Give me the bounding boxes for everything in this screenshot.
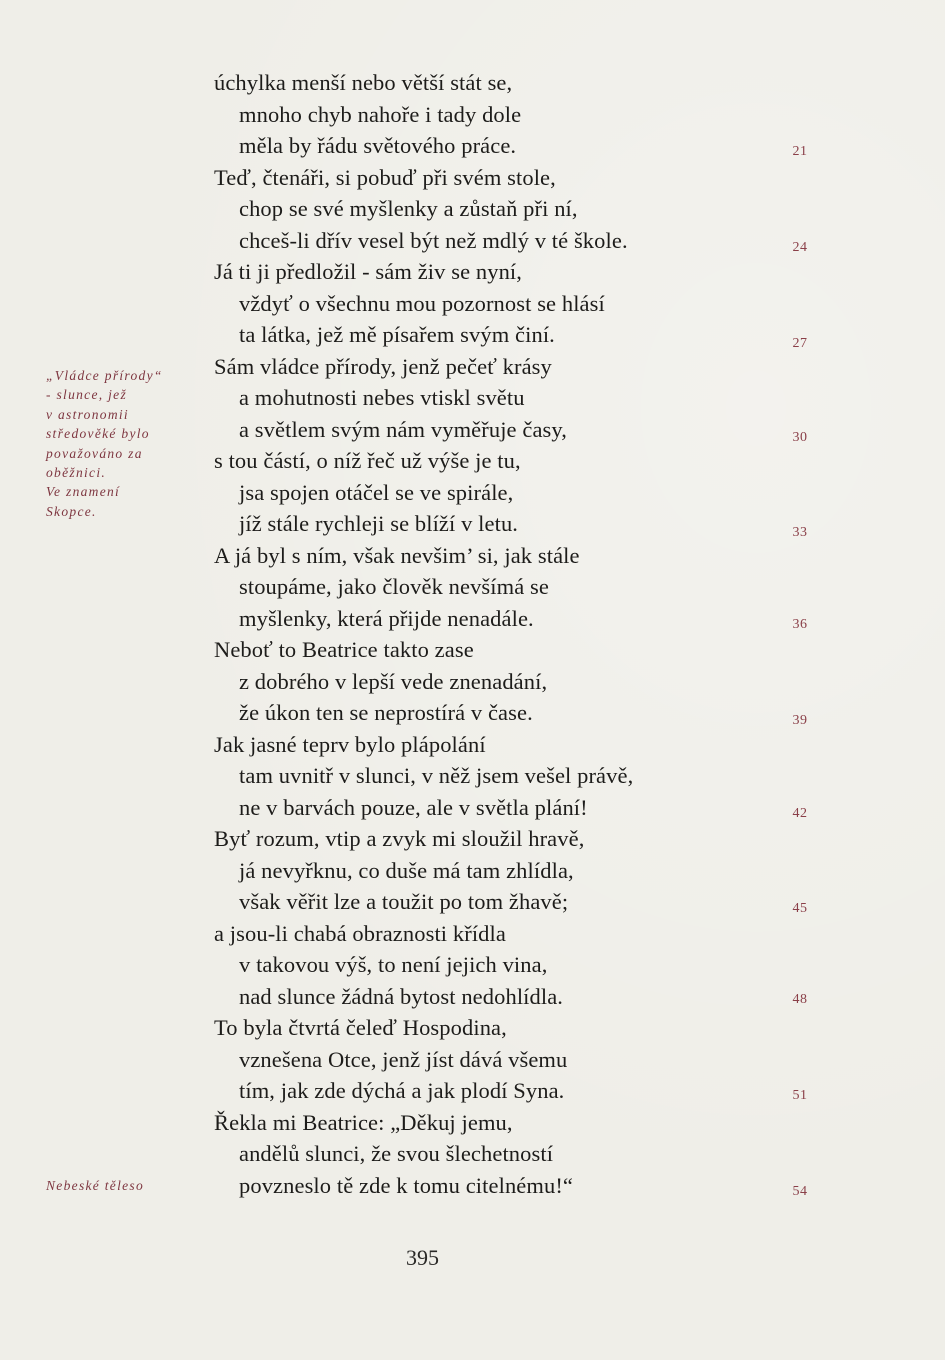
verse-line: mnoho chyb nahoře i tady dole	[239, 99, 521, 131]
verse-line: nad slunce žádná bytost nedohlídla.	[239, 981, 563, 1013]
verse-line: úchylka menší nebo větší stát se,	[214, 67, 512, 99]
line-number: 54	[780, 1184, 820, 1200]
verse-line: a mohutnosti nebes vtiskl světu	[239, 382, 525, 414]
margin-note-line: „Vládce přírody“	[46, 366, 163, 385]
margin-note-line: považováno za	[46, 444, 163, 463]
line-number: 39	[780, 713, 820, 729]
verse-line: Byť rozum, vtip a zvyk mi sloužil hravě,	[214, 823, 584, 855]
margin-note-line: - slunce, jež	[46, 385, 163, 404]
margin-note-line: v astronomii	[46, 405, 163, 424]
line-number: 45	[780, 901, 820, 917]
verse-line: stoupáme, jako člověk nevšímá se	[239, 571, 549, 603]
margin-note-line: Skopce.	[46, 502, 163, 521]
margin-note-sun: „Vládce přírody“ - slunce, jež v astrono…	[46, 366, 163, 521]
line-number: 42	[780, 806, 820, 822]
verse-line: já nevyřknu, co duše má tam zhlídla,	[239, 855, 574, 887]
margin-note-line: středověké bylo	[46, 424, 163, 443]
verse-line: Jak jasné teprv bylo plápolání	[214, 729, 486, 761]
verse-line: vždyť o všechnu mou pozornost se hlásí	[239, 288, 605, 320]
line-number: 51	[780, 1088, 820, 1104]
verse-line: chceš-li dřív vesel být než mdlý v té šk…	[239, 225, 628, 257]
verse-line: že úkon ten se neprostírá v čase.	[239, 697, 533, 729]
verse-line: v takovou výš, to není jejich vina,	[239, 949, 547, 981]
verse-line: z dobrého v lepší vede znenadání,	[239, 666, 547, 698]
verse-line: To byla čtvrtá čeleď Hospodina,	[214, 1012, 507, 1044]
line-number: 27	[780, 336, 820, 352]
margin-note-celestial-body: Nebeské těleso	[46, 1176, 144, 1195]
book-page: úchylka menší nebo větší stát se, mnoho …	[0, 0, 945, 1360]
line-number: 33	[780, 525, 820, 541]
verse-line: povzneslo tě zde k tomu citelnému!“	[239, 1170, 573, 1202]
verse-line: andělů slunci, že svou šlechetností	[239, 1138, 553, 1170]
verse-line: myšlenky, která přijde nenadále.	[239, 603, 534, 635]
verse-line: chop se své myšlenky a zůstaň při ní,	[239, 193, 578, 225]
verse-line: jsa spojen otáčel se ve spirále,	[239, 477, 513, 509]
verse-line: A já byl s ním, však nevšim’ si, jak stá…	[214, 540, 580, 572]
line-number: 30	[780, 430, 820, 446]
verse-line: Neboť to Beatrice takto zase	[214, 634, 474, 666]
verse-line: Teď, čtenáři, si pobuď při svém stole,	[214, 162, 556, 194]
verse-line: tím, jak zde dýchá a jak plodí Syna.	[239, 1075, 564, 1107]
verse-line: a světlem svým nám vyměřuje časy,	[239, 414, 567, 446]
line-number: 24	[780, 240, 820, 256]
verse-line: vznešena Otce, jenž jíst dává všemu	[239, 1044, 567, 1076]
verse-line: ne v barvách pouze, ale v světla plání!	[239, 792, 588, 824]
verse-line: a jsou-li chabá obraznosti křídla	[214, 918, 506, 950]
verse-line: Řekla mi Beatrice: „Děkuj jemu,	[214, 1107, 513, 1139]
verse-line: tam uvnitř v slunci, v něž jsem vešel pr…	[239, 760, 633, 792]
verse-line: měla by řádu světového práce.	[239, 130, 516, 162]
line-number: 36	[780, 617, 820, 633]
line-number: 21	[780, 144, 820, 160]
verse-line: s tou částí, o níž řeč už výše je tu,	[214, 445, 521, 477]
margin-note-line: oběžnici.	[46, 463, 163, 482]
page-number: 395	[0, 1245, 845, 1271]
margin-note-line: Ve znamení	[46, 482, 163, 501]
verse-line: jíž stále rychleji se blíží v letu.	[239, 508, 518, 540]
margin-note-line: Nebeské těleso	[46, 1176, 144, 1195]
verse-line: Já ti ji předložil - sám živ se nyní,	[214, 256, 522, 288]
line-number: 48	[780, 992, 820, 1008]
verse-line: však věřit lze a toužit po tom žhavě;	[239, 886, 568, 918]
verse-line: ta látka, jež mě písařem svým činí.	[239, 319, 555, 351]
verse-line: Sám vládce přírody, jenž pečeť krásy	[214, 351, 552, 383]
